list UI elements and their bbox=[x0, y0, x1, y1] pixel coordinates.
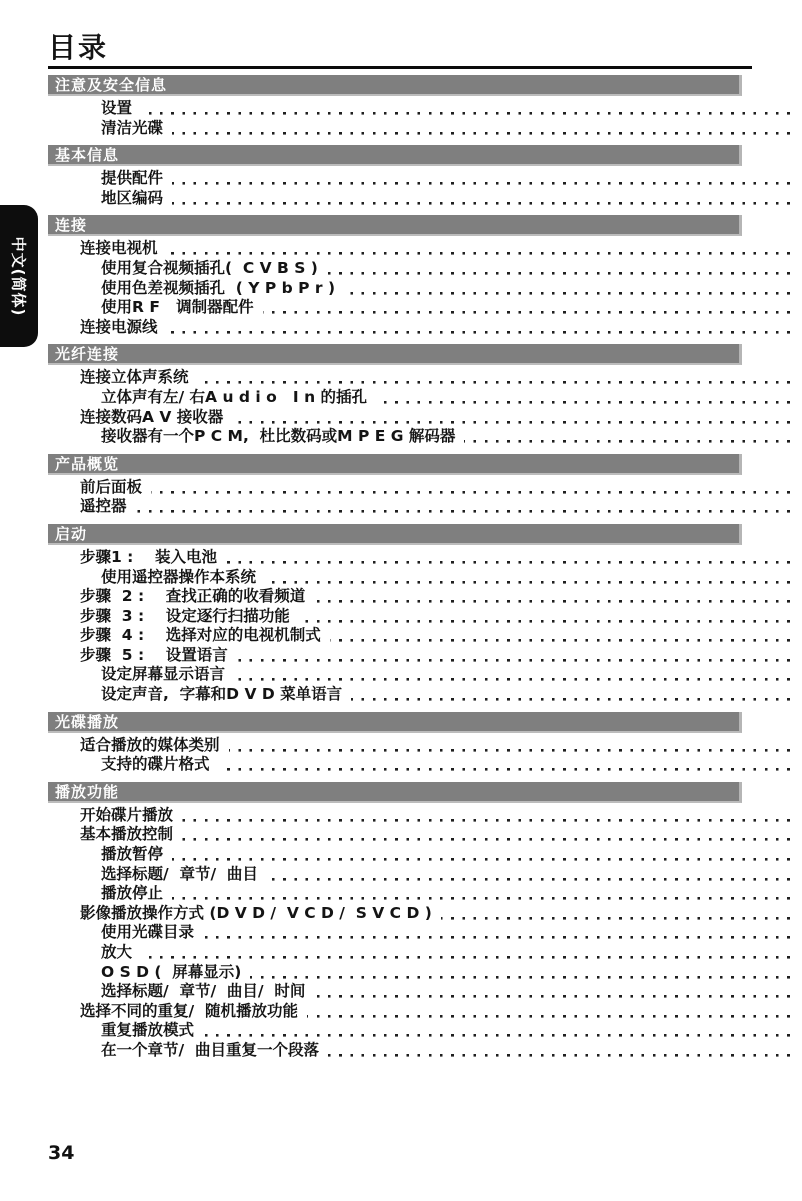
toc-entry-label: 播放暂停 bbox=[48, 845, 172, 865]
toc-entry[interactable]: 使用遥控器操作本系统 bbox=[48, 568, 797, 588]
toc-entry[interactable]: 设定声音, 字幕和D V D 菜单语言 bbox=[48, 685, 797, 705]
toc-section: 启动步骤1 : 装入电池使用遥控器操作本系统步骤 2 : 查找正确的收看频道步骤… bbox=[48, 524, 797, 705]
toc-entry-label: 使用R F 调制器配件 bbox=[48, 298, 263, 318]
toc-entry[interactable]: 连接电源线 bbox=[48, 318, 797, 338]
toc-entry-label: 连接电源线 bbox=[48, 318, 167, 338]
toc-entry-label: 清洁光碟 bbox=[48, 119, 172, 139]
toc-entry-label: 连接电视机 bbox=[48, 239, 167, 259]
language-side-tab: 中文(简体) bbox=[0, 205, 38, 347]
section-header: 基本信息 bbox=[48, 145, 742, 166]
toc-entry[interactable]: 重复播放模式 bbox=[48, 1021, 797, 1041]
toc-entry-label: 连接数码A V 接收器 bbox=[48, 408, 232, 428]
toc-entry[interactable]: O S D ( 屏幕显示) bbox=[48, 963, 797, 983]
toc-entry[interactable]: 播放停止 bbox=[48, 884, 797, 904]
toc-entry-label: 重复播放模式 bbox=[48, 1021, 203, 1041]
toc-entry[interactable]: 基本播放控制 bbox=[48, 825, 797, 845]
toc-entry-label: 接收器有一个P C M, 杜比数码或M P E G 解码器 bbox=[48, 427, 464, 447]
toc-entry-label: 步骤 2 : 查找正确的收看频道 bbox=[48, 587, 314, 607]
toc-entry-label: 设定屏幕显示语言 bbox=[48, 665, 234, 685]
section-header: 注意及安全信息 bbox=[48, 75, 742, 96]
toc-entry[interactable]: 在一个章节/ 曲目重复一个段落 bbox=[48, 1041, 797, 1061]
toc-entry-label: 播放停止 bbox=[48, 884, 172, 904]
toc-entry[interactable]: 清洁光碟 bbox=[48, 119, 797, 139]
toc-entry-label: 步骤1 : 装入电池 bbox=[48, 548, 226, 568]
toc-entry-label: 地区编码 bbox=[48, 189, 172, 209]
page-number: 34 bbox=[48, 1142, 74, 1164]
toc-entry[interactable]: 步骤1 : 装入电池 bbox=[48, 548, 797, 568]
toc-entry-label: 使用光碟目录 bbox=[48, 923, 203, 943]
toc-entry[interactable]: 放大 bbox=[48, 943, 797, 963]
toc-entry[interactable]: 步骤 3 : 设定逐行扫描功能 bbox=[48, 607, 797, 627]
toc-section: 光纤连接连接立体声系统立体声有左/ 右A u d i o I n 的插孔连接数码… bbox=[48, 344, 797, 446]
toc-entry[interactable]: 使用色差视频插孔 ( Y P b P r ) bbox=[48, 279, 797, 299]
toc-entry-label: 步骤 3 : 设定逐行扫描功能 bbox=[48, 607, 299, 627]
toc-entry-label: 影像播放操作方式 (D V D / V C D / S V C D ) bbox=[48, 904, 441, 924]
toc-entry-label: 基本播放控制 bbox=[48, 825, 182, 845]
toc-entry-label: 连接立体声系统 bbox=[48, 368, 198, 388]
toc-entry-label: 选择标题/ 章节/ 曲目/ 时间 bbox=[48, 982, 314, 1002]
toc-entry-label: 步骤 4 : 选择对应的电视机制式 bbox=[48, 626, 330, 646]
toc-entry-label: 前后面板 bbox=[48, 478, 151, 498]
toc-entry[interactable]: 遥控器 bbox=[48, 497, 797, 517]
toc-entry[interactable]: 前后面板 bbox=[48, 478, 797, 498]
toc-entry-label: O S D ( 屏幕显示) bbox=[48, 963, 250, 983]
toc-section: 产品概览前后面板遥控器 bbox=[48, 454, 797, 517]
toc-entry-label: 使用遥控器操作本系统 bbox=[48, 568, 265, 588]
toc-section: 播放功能开始碟片播放基本播放控制播放暂停选择标题/ 章节/ 曲目播放停止影像播放… bbox=[48, 782, 797, 1061]
toc-entry[interactable]: 播放暂停 bbox=[48, 845, 797, 865]
toc-entry[interactable]: 步骤 4 : 选择对应的电视机制式 bbox=[48, 626, 797, 646]
toc-section: 注意及安全信息设置清洁光碟 bbox=[48, 75, 797, 138]
section-header: 产品概览 bbox=[48, 454, 742, 475]
section-header: 启动 bbox=[48, 524, 742, 545]
section-header: 连接 bbox=[48, 215, 742, 236]
toc-entry-label: 步骤 5 : 设置语言 bbox=[48, 646, 237, 666]
toc-entry-label: 支持的碟片格式 bbox=[48, 755, 219, 775]
toc-entry[interactable]: 连接数码A V 接收器 bbox=[48, 408, 797, 428]
toc-entry-label: 在一个章节/ 曲目重复一个段落 bbox=[48, 1041, 328, 1061]
toc-entry[interactable]: 连接立体声系统 bbox=[48, 368, 797, 388]
toc-section: 连接连接电视机使用复合视频插孔( C V B S )使用色差视频插孔 ( Y P… bbox=[48, 215, 797, 337]
toc-entry-label: 设置 bbox=[48, 99, 141, 119]
toc-entry-label: 开始碟片播放 bbox=[48, 806, 182, 826]
toc-section: 光碟播放适合播放的媒体类别支持的碟片格式 bbox=[48, 712, 797, 775]
section-header: 光碟播放 bbox=[48, 712, 742, 733]
toc-entry[interactable]: 使用R F 调制器配件 bbox=[48, 298, 797, 318]
title-underline: 目录 bbox=[48, 33, 752, 69]
toc-entry-label: 适合播放的媒体类别 bbox=[48, 736, 229, 756]
toc-entry[interactable]: 支持的碟片格式 bbox=[48, 755, 797, 775]
toc-entry[interactable]: 选择标题/ 章节/ 曲目 bbox=[48, 865, 797, 885]
toc-section: 基本信息提供配件地区编码 bbox=[48, 145, 797, 208]
toc-entry[interactable]: 选择标题/ 章节/ 曲目/ 时间 bbox=[48, 982, 797, 1002]
toc-entry[interactable]: 开始碟片播放 bbox=[48, 806, 797, 826]
toc-entry-label: 使用色差视频插孔 ( Y P b P r ) bbox=[48, 279, 344, 299]
toc-entry[interactable]: 适合播放的媒体类别 bbox=[48, 736, 797, 756]
section-header: 播放功能 bbox=[48, 782, 742, 803]
toc-entry[interactable]: 接收器有一个P C M, 杜比数码或M P E G 解码器 bbox=[48, 427, 797, 447]
toc-entry[interactable]: 设定屏幕显示语言 bbox=[48, 665, 797, 685]
toc-sections: 注意及安全信息设置清洁光碟基本信息提供配件地区编码连接连接电视机使用复合视频插孔… bbox=[48, 75, 797, 1061]
page-title: 目录 bbox=[48, 33, 752, 63]
section-header: 光纤连接 bbox=[48, 344, 742, 365]
toc-entry[interactable]: 连接电视机 bbox=[48, 239, 797, 259]
toc-entry-label: 遥控器 bbox=[48, 497, 136, 517]
toc-entry[interactable]: 提供配件 bbox=[48, 169, 797, 189]
toc-entry[interactable]: 步骤 5 : 设置语言 bbox=[48, 646, 797, 666]
toc-entry-label: 放大 bbox=[48, 943, 141, 963]
toc-entry-label: 设定声音, 字幕和D V D 菜单语言 bbox=[48, 685, 351, 705]
toc-entry-label: 选择不同的重复/ 随机播放功能 bbox=[48, 1002, 307, 1022]
toc-entry[interactable]: 地区编码 bbox=[48, 189, 797, 209]
toc-entry-label: 立体声有左/ 右A u d i o I n 的插孔 bbox=[48, 388, 376, 408]
toc-entry[interactable]: 使用光碟目录 bbox=[48, 923, 797, 943]
toc-entry[interactable]: 影像播放操作方式 (D V D / V C D / S V C D ) bbox=[48, 904, 797, 924]
toc-entry-label: 使用复合视频插孔( C V B S ) bbox=[48, 259, 327, 279]
toc-entry-label: 提供配件 bbox=[48, 169, 172, 189]
toc-entry[interactable]: 设置 bbox=[48, 99, 797, 119]
language-side-tab-label: 中文(简体) bbox=[9, 236, 30, 316]
toc-entry[interactable]: 步骤 2 : 查找正确的收看频道 bbox=[48, 587, 797, 607]
toc-entry[interactable]: 使用复合视频插孔( C V B S ) bbox=[48, 259, 797, 279]
toc-entry-label: 选择标题/ 章节/ 曲目 bbox=[48, 865, 267, 885]
toc-entry[interactable]: 选择不同的重复/ 随机播放功能 bbox=[48, 1002, 797, 1022]
toc-entry[interactable]: 立体声有左/ 右A u d i o I n 的插孔 bbox=[48, 388, 797, 408]
